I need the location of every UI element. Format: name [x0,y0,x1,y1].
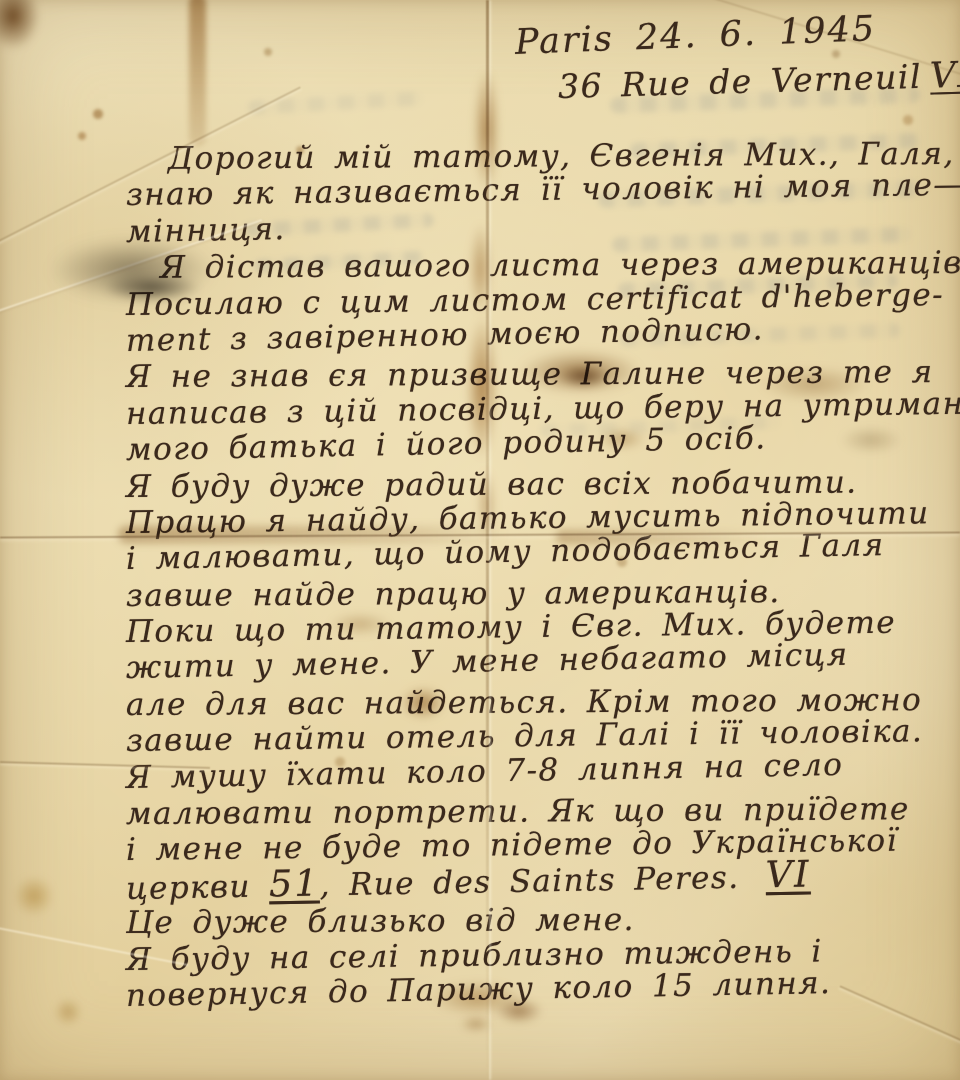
church-district: VI [757,852,811,896]
stain [460,1016,492,1032]
church-line-street: , Rue des Saints Peres. [319,859,758,903]
address-district: VII [921,54,960,97]
stain-specks [0,0,4,4]
bleedthrough-text [248,91,423,114]
stain [54,998,82,1026]
stain [0,0,40,50]
letter-dateline: Paris 24. 6. 1945 [514,9,877,63]
letter-scan-paper: Paris 24. 6. 1945 36 Rue de VerneuilVII … [0,0,960,1080]
letter-body: Дорогий мій татому, Євгенія Мих., Галя, … [126,141,952,1014]
stain [14,876,54,916]
street-number: 51 [269,861,320,905]
church-line-prefix: церкви [126,868,270,907]
stain [189,0,206,146]
